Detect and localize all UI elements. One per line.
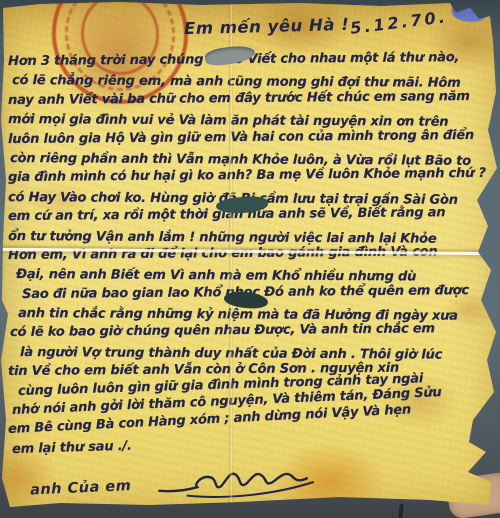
letter-body: Hơn 3 tháng trời nay chúng ta ko Viết ch…: [8, 52, 494, 459]
closing-row: anh Của em: [29, 460, 328, 509]
letter-line: luôn luôn gia Hộ Và gìn giữ em Và hai co…: [8, 125, 494, 149]
letter-paper: 5.12.70. Em mến yêu Hà ! Hơn 3 tháng trờ…: [0, 0, 500, 518]
blue-corner-patch: [450, 0, 491, 25]
date-text: 5.12.70.: [349, 7, 448, 38]
fold-crease-vertical: [229, 0, 233, 518]
photo-background: 5.12.70. Em mến yêu Hà ! Hơn 3 tháng trờ…: [0, 0, 500, 518]
letter-line: có lẽ ko bao giờ chúng quên nhau Được, V…: [10, 319, 494, 343]
letter-line: nay anh Viết vài ba chữ cho em đây trước…: [8, 87, 494, 111]
stray-pen-mark: [398, 504, 404, 518]
signature-flourish: [156, 460, 327, 503]
letter-line: gia đình mình có hư hại gì ko anh? Ba mẹ…: [8, 164, 494, 188]
salutation-text: Em mến yêu Hà !: [184, 15, 350, 38]
closing-text: anh Của em: [30, 478, 132, 498]
